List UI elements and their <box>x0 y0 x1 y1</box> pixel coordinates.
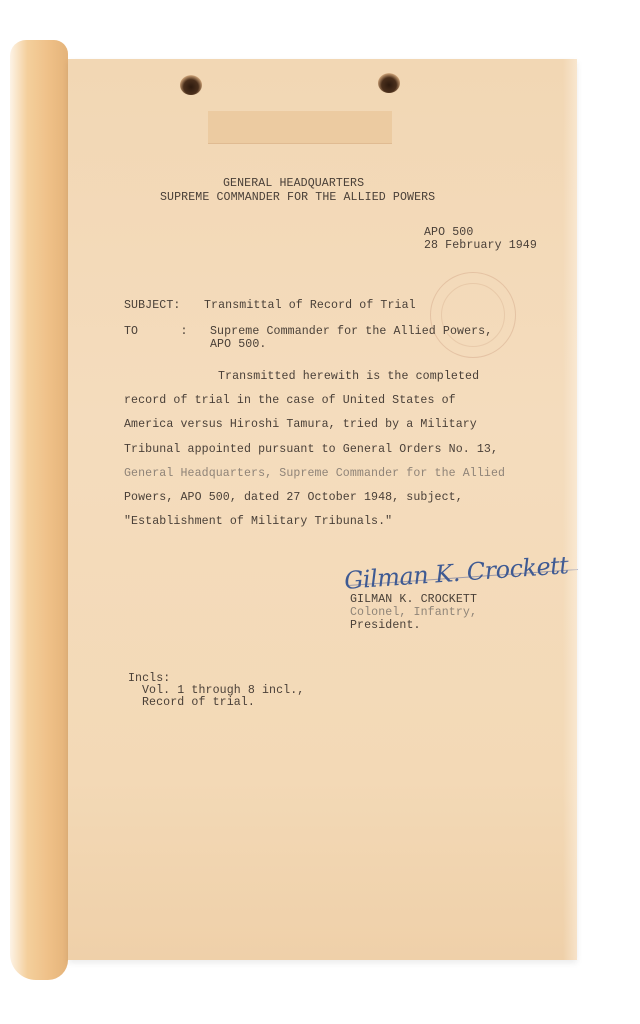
subject-label: SUBJECT: <box>124 299 180 312</box>
to-line-2: APO 500. <box>210 338 266 351</box>
body-line-1: Transmitted herewith is the completed <box>218 370 479 383</box>
date-line: 28 February 1949 <box>424 239 537 252</box>
header-line-2: SUPREME COMMANDER FOR THE ALLIED POWERS <box>160 191 435 204</box>
body-line-3: America versus Hiroshi Tamura, tried by … <box>124 418 477 431</box>
body-line-7: "Establishment of Military Tribunals." <box>124 515 392 528</box>
tape-residue <box>208 111 392 144</box>
apo-line: APO 500 <box>424 226 473 239</box>
to-line-1: Supreme Commander for the Allied Powers, <box>210 325 492 338</box>
punch-hole-right <box>378 73 400 93</box>
handwritten-signature: Gilman K. Crockett <box>343 551 569 595</box>
header-line-1: GENERAL HEADQUARTERS <box>223 177 364 190</box>
signer-name: GILMAN K. CROCKETT <box>350 593 477 606</box>
to-label: TO : <box>124 325 188 338</box>
inclosures-line-2: Record of trial. <box>142 696 255 709</box>
faint-stamp-mark <box>430 272 516 358</box>
body-line-5: General Headquarters, Supreme Commander … <box>124 467 505 480</box>
body-line-2: record of trial in the case of United St… <box>124 394 456 407</box>
binder-curled-page-edge <box>10 40 68 980</box>
subject-value: Transmittal of Record of Trial <box>204 299 416 312</box>
body-line-6: Powers, APO 500, dated 27 October 1948, … <box>124 491 463 504</box>
signer-rank: Colonel, Infantry, <box>350 606 477 619</box>
punch-hole-left <box>180 75 202 95</box>
document-page: GENERAL HEADQUARTERS SUPREME COMMANDER F… <box>68 59 577 960</box>
signer-title: President. <box>350 619 421 632</box>
body-line-4: Tribunal appointed pursuant to General O… <box>124 443 498 456</box>
